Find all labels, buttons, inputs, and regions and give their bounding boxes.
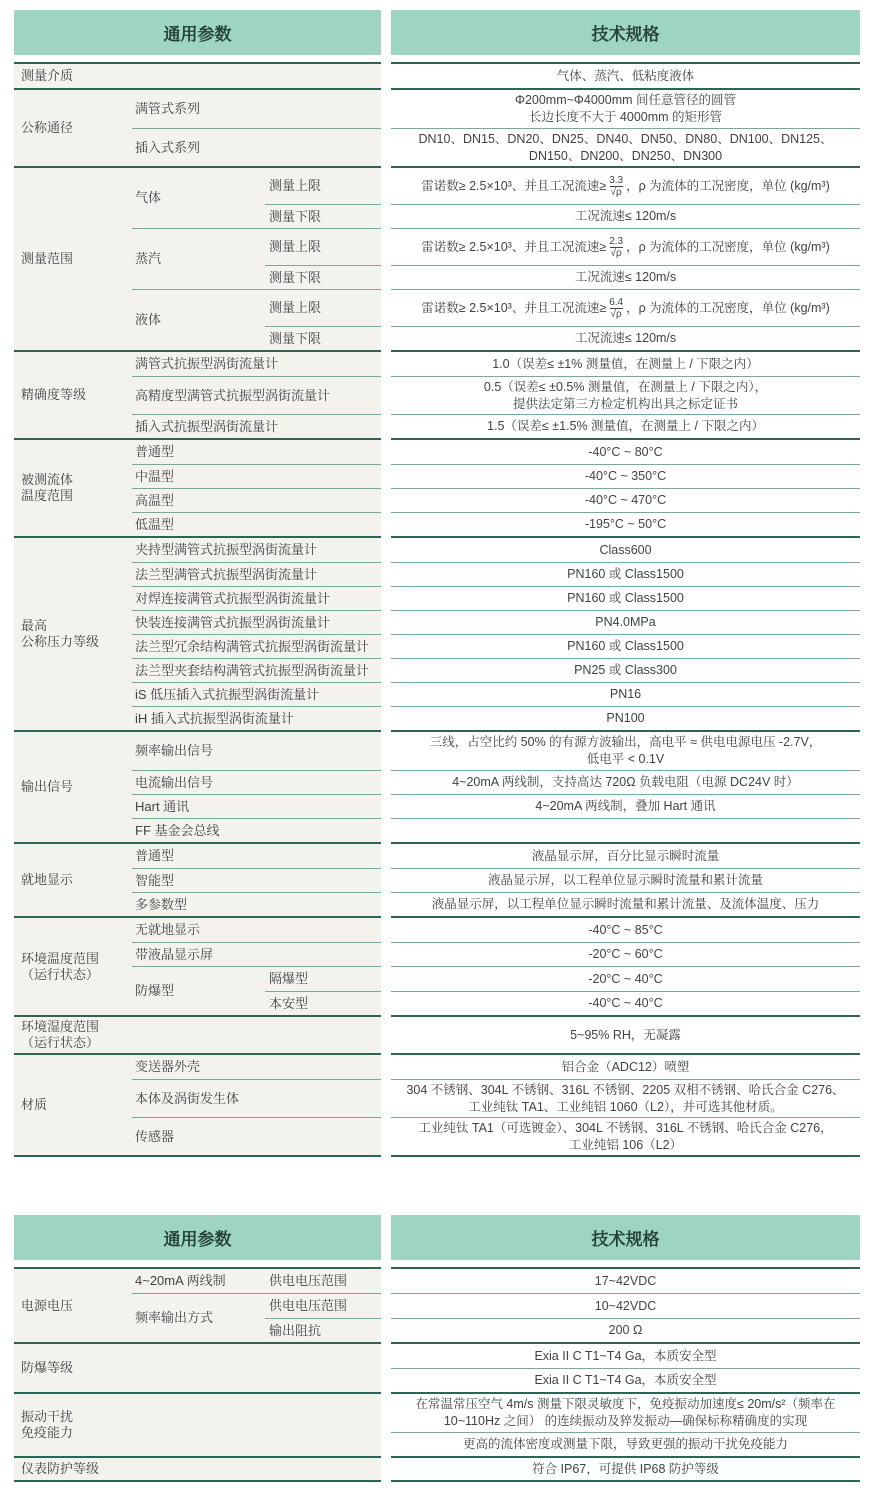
table-row: iS 低压插入式抗振型涡街流量计 PN16: [132, 682, 860, 706]
table-row: 隔爆型 -20°C ~ 40°C: [265, 967, 860, 991]
table-row: 测量下限 工况流速≤ 120m/s: [265, 204, 860, 228]
section-explosion-rating: 防爆等级 Exia II C T1~T4 Ga，本质安全型 Exia II C …: [14, 1342, 860, 1392]
spec-value: 液晶显示屏，以工程单位显示瞬时流量和累计流量、及流体温度、压力: [391, 893, 860, 916]
spec-value: 4~20mA 两线制，叠加 Hart 通讯: [391, 795, 860, 818]
sub-param-label: 满管式抗振型涡街流量计: [132, 352, 381, 376]
section-range: 测量范围 气体 测量上限 雷诺数≥ 2.5×10³、并且工况流速≥3.3√ρ，ρ…: [14, 166, 860, 350]
table-row: 测量下限 工况流速≤ 120m/s: [265, 265, 860, 289]
table-row: 本体及涡街发生体 304 不锈钢、304L 不锈钢、316L 不锈钢、2205 …: [132, 1079, 860, 1117]
table-row: 测量下限 工况流速≤ 120m/s: [265, 326, 860, 350]
section-accuracy: 精确度等级 满管式抗振型涡街流量计 1.0（误差≤ ±1% 测量值，在测量上 /…: [14, 350, 860, 438]
spec-value: -40°C ~ 350°C: [391, 465, 860, 488]
section-output: 输出信号 频率输出信号 三线，占空比约 50% 的有源方波输出，高电平 ≈ 供电…: [14, 730, 860, 842]
sub-param-label: 频率输出信号: [132, 732, 381, 770]
sub-sub-param-label: 测量上限: [265, 290, 381, 326]
param-label: 振动干扰 免疫能力: [14, 1394, 132, 1456]
table-row: 高精度型满管式抗振型涡街流量计 0.5（误差≤ ±0.5% 测量值，在测量上 /…: [132, 376, 860, 414]
sub-param-label: 夹持型满管式抗振型涡街流量计: [132, 538, 381, 562]
table2-header-general-params: 通用参数: [14, 1215, 381, 1260]
sub-param-label: 4~20mA 两线制: [132, 1269, 265, 1293]
table-row: 法兰型冗余结构满管式抗振型涡街流量计 PN160 或 Class1500: [132, 634, 860, 658]
table-row: 更高的流体密度或测量下限，导致更强的振动干扰免疫能力: [381, 1432, 860, 1456]
spec-value: -40°C ~ 40°C: [391, 992, 860, 1015]
table2-body: 电源电压 4~20mA 两线制 供电电压范围 17~42VDC 频率输出方式: [14, 1267, 860, 1482]
table-row: 测量上限 雷诺数≥ 2.5×10³、并且工况流速≥2.3√ρ，ρ 为流体的工况密…: [265, 229, 860, 265]
table-row: 传感器 工业纯钛 TA1（可选镀金）、304L 不锈钢、316L 不锈钢、哈氏合…: [132, 1117, 860, 1155]
spec-value: 10~42VDC: [391, 1294, 860, 1318]
spec-value: 液晶显示屏，以工程单位显示瞬时流量和累计流量: [391, 869, 860, 892]
header-gap: [381, 1215, 391, 1260]
param-label: 测量介质: [14, 64, 381, 88]
section-media: 测量介质 气体、蒸汽、低粘度液体: [14, 64, 860, 88]
table-row: 插入式系列 DN10、DN15、DN20、DN25、DN40、DN50、DN80…: [132, 128, 860, 166]
header-gap: [381, 10, 391, 55]
datasheet-page: 通用参数 技术规格 测量介质 气体、蒸汽、低粘度液体 公称通径 满管式系列 Φ2…: [0, 0, 874, 1482]
spec-value: -40°C ~ 85°C: [391, 918, 860, 942]
fraction: 6.4√ρ: [609, 297, 623, 320]
spec-value: DN10、DN15、DN20、DN25、DN40、DN50、DN80、DN100…: [391, 129, 860, 166]
spec-value: 4~20mA 两线制，支持高达 720Ω 负载电阻（电源 DC24V 时）: [391, 771, 860, 794]
sub-param-label: 快装连接满管式抗振型涡街流量计: [132, 611, 381, 634]
spec-value: 工业纯钛 TA1（可选镀金）、304L 不锈钢、316L 不锈钢、哈氏合金 C2…: [391, 1118, 860, 1155]
table-row: 快装连接满管式抗振型涡街流量计 PN4.0MPa: [132, 610, 860, 634]
spec-table-1: 通用参数 技术规格 测量介质 气体、蒸汽、低粘度液体 公称通径 满管式系列 Φ2…: [14, 10, 860, 1157]
sub-sub-param-label: 输出阻抗: [265, 1319, 381, 1342]
spec-value: 200 Ω: [391, 1319, 860, 1342]
sub-param-label: 法兰型夹套结构满管式抗振型涡街流量计: [132, 659, 381, 682]
table-row: 供电电压范围 17~42VDC: [265, 1269, 860, 1293]
sub-sub-param-label: 测量下限: [265, 205, 381, 228]
table1-body: 测量介质 气体、蒸汽、低粘度液体 公称通径 满管式系列 Φ200mm~Φ4000…: [14, 62, 860, 1157]
section-bore: 公称通径 满管式系列 Φ200mm~Φ4000mm 间任意管径的圆管 长边长度不…: [14, 88, 860, 166]
spec-value: -40°C ~ 470°C: [391, 489, 860, 512]
spec-value: Class600: [391, 538, 860, 562]
table-row: 满管式抗振型涡街流量计 1.0（误差≤ ±1% 测量值，在测量上 / 下限之内）: [132, 352, 860, 376]
sub-param-label: 普通型: [132, 844, 381, 868]
sub-param-label: 中温型: [132, 465, 381, 488]
param-label: 被测流体 温度范围: [14, 440, 132, 536]
table-row: 测量上限 雷诺数≥ 2.5×10³、并且工况流速≥6.4√ρ，ρ 为流体的工况密…: [265, 290, 860, 326]
sub-sub-param-label: 测量上限: [265, 229, 381, 265]
sub-param-label: iS 低压插入式抗振型涡街流量计: [132, 683, 381, 706]
section-pressure: 最高 公称压力等级 夹持型满管式抗振型涡街流量计 Class600 法兰型满管式…: [14, 536, 860, 730]
param-label: 环境湿度范围 （运行状态）: [14, 1017, 381, 1053]
range-group-liquid: 液体 测量上限 雷诺数≥ 2.5×10³、并且工况流速≥6.4√ρ，ρ 为流体的…: [132, 289, 860, 350]
sub-param-label: 多参数型: [132, 893, 381, 916]
param-label: 最高 公称压力等级: [14, 538, 132, 730]
table-row: 法兰型夹套结构满管式抗振型涡街流量计 PN25 或 Class300: [132, 658, 860, 682]
sub-param-label: 插入式系列: [132, 129, 381, 166]
sub-param-label: 对焊连接满管式抗振型涡街流量计: [132, 587, 381, 610]
spec-value: -20°C ~ 60°C: [391, 943, 860, 966]
spec-value: 工况流速≤ 120m/s: [391, 327, 860, 350]
table-row: 输出阻抗 200 Ω: [265, 1318, 860, 1342]
sub-param-label: 插入式抗振型涡街流量计: [132, 415, 381, 438]
param-label: 精确度等级: [14, 352, 132, 438]
section-power: 电源电压 4~20mA 两线制 供电电压范围 17~42VDC 频率输出方式: [14, 1269, 860, 1342]
table-row: 普通型 -40°C ~ 80°C: [132, 440, 860, 464]
sub-param-label: iH 插入式抗振型涡街流量计: [132, 707, 381, 730]
table2-header-row: 通用参数 技术规格: [14, 1215, 860, 1260]
param-label: 输出信号: [14, 732, 132, 842]
sub-param-label: 无就地显示: [132, 918, 381, 942]
param-label: 材质: [14, 1055, 132, 1155]
sub-param-label: 智能型: [132, 869, 381, 892]
spec-value: PN160 或 Class1500: [391, 563, 860, 586]
table-row: Exia II C T1~T4 Ga，本质安全型: [381, 1344, 860, 1368]
spec-value: 工况流速≤ 120m/s: [391, 205, 860, 228]
table-row: iH 插入式抗振型涡街流量计 PN100: [132, 706, 860, 730]
section-display: 就地显示 普通型 液晶显示屏，百分比显示瞬时流量 智能型 液晶显示屏，以工程单位…: [14, 842, 860, 916]
spec-value: PN160 或 Class1500: [391, 587, 860, 610]
spec-value: 1.0（误差≤ ±1% 测量值，在测量上 / 下限之内）: [391, 352, 860, 376]
spec-value: 气体、蒸汽、低粘度液体: [391, 64, 860, 88]
table-row: 带液晶显示屏 -20°C ~ 60°C: [132, 942, 860, 966]
range-group-steam: 蒸汽 测量上限 雷诺数≥ 2.5×10³、并且工况流速≥2.3√ρ，ρ 为流体的…: [132, 228, 860, 289]
sub-param-label: 蒸汽: [132, 229, 265, 289]
param-label: 电源电压: [14, 1269, 132, 1342]
fraction: 2.3√ρ: [609, 236, 623, 259]
table-row: 频率输出信号 三线，占空比约 50% 的有源方波输出，高电平 ≈ 供电电源电压 …: [132, 732, 860, 770]
spec-value: 三线，占空比约 50% 的有源方波输出，高电平 ≈ 供电电源电压 -2.7V， …: [391, 732, 860, 770]
section-material: 材质 变送器外壳 铝合金（ADC12）喷塑 本体及涡街发生体 304 不锈钢、3…: [14, 1053, 860, 1155]
table-row: 对焊连接满管式抗振型涡街流量计 PN160 或 Class1500: [132, 586, 860, 610]
sub-sub-param-label: 隔爆型: [265, 967, 381, 991]
sub-param-label: 法兰型冗余结构满管式抗振型涡街流量计: [132, 635, 381, 658]
table-row: 多参数型 液晶显示屏，以工程单位显示瞬时流量和累计流量、及流体温度、压力: [132, 892, 860, 916]
table1-header-tech-spec: 技术规格: [391, 10, 860, 55]
spec-value: 0.5（误差≤ ±0.5% 测量值，在测量上 / 下限之内）， 提供法定第三方检…: [391, 377, 860, 414]
sub-sub-param-label: 本安型: [265, 992, 381, 1015]
section-env-temp: 环境温度范围 （运行状态） 无就地显示 -40°C ~ 85°C 带液晶显示屏 …: [14, 916, 860, 1015]
table-row: 变送器外壳 铝合金（ADC12）喷塑: [132, 1055, 860, 1079]
power-group-current: 4~20mA 两线制 供电电压范围 17~42VDC: [132, 1269, 860, 1293]
table-row: 中温型 -40°C ~ 350°C: [132, 464, 860, 488]
sub-param-label: 带液晶显示屏: [132, 943, 381, 966]
table-row: 法兰型满管式抗振型涡街流量计 PN160 或 Class1500: [132, 562, 860, 586]
param-label: 环境温度范围 （运行状态）: [14, 918, 132, 1015]
table-row: Exia II C T1~T4 Ga，本质安全型: [381, 1368, 860, 1392]
sub-sub-param-label: 供电电压范围: [265, 1294, 381, 1318]
empty-label-cell: [132, 1394, 381, 1456]
param-label: 防爆等级: [14, 1344, 132, 1392]
spec-value: PN4.0MPa: [391, 611, 860, 634]
sub-param-label: 满管式系列: [132, 90, 381, 128]
table-row: 高温型 -40°C ~ 470°C: [132, 488, 860, 512]
table-row: 满管式系列 Φ200mm~Φ4000mm 间任意管径的圆管 长边长度不大于 40…: [132, 90, 860, 128]
table-row: 无就地显示 -40°C ~ 85°C: [132, 918, 860, 942]
spec-value: Φ200mm~Φ4000mm 间任意管径的圆管 长边长度不大于 4000mm 的…: [391, 90, 860, 128]
param-label: 公称通径: [14, 90, 132, 166]
spec-table-2: 通用参数 技术规格 电源电压 4~20mA 两线制 供电电压范围 17~42VD…: [14, 1215, 860, 1482]
sub-param-label: 防爆型: [132, 967, 265, 1015]
sub-param-label: 本体及涡街发生体: [132, 1080, 381, 1117]
spec-value: 液晶显示屏，百分比显示瞬时流量: [391, 844, 860, 868]
sub-sub-param-label: 测量下限: [265, 327, 381, 350]
spec-value: PN25 或 Class300: [391, 659, 860, 682]
table-row: 智能型 液晶显示屏，以工程单位显示瞬时流量和累计流量: [132, 868, 860, 892]
sub-param-label: Hart 通讯: [132, 795, 381, 818]
param-label: 就地显示: [14, 844, 132, 916]
spec-value: -40°C ~ 80°C: [391, 440, 860, 464]
table-row: 低温型 -195°C ~ 50°C: [132, 512, 860, 536]
sub-param-label: 电流输出信号: [132, 771, 381, 794]
table1-header-general-params: 通用参数: [14, 10, 381, 55]
spec-value: 铝合金（ADC12）喷塑: [391, 1055, 860, 1079]
fraction: 3.3√ρ: [609, 175, 623, 198]
sub-param-label: 法兰型满管式抗振型涡街流量计: [132, 563, 381, 586]
explosion-proof-group: 防爆型 隔爆型 -20°C ~ 40°C 本安型 -40°C ~ 40°C: [132, 966, 860, 1015]
sub-sub-param-label: 测量下限: [265, 266, 381, 289]
sub-param-label: FF 基金会总线: [132, 819, 381, 842]
spec-value: -20°C ~ 40°C: [391, 967, 860, 991]
table-row: FF 基金会总线: [132, 818, 860, 842]
sub-param-label: 频率输出方式: [132, 1294, 265, 1342]
spec-value: 符合 IP67，可提供 IP68 防护等级: [391, 1458, 860, 1480]
spec-value: 17~42VDC: [391, 1269, 860, 1293]
sub-param-label: 液体: [132, 290, 265, 350]
spec-value: Exia II C T1~T4 Ga，本质安全型: [391, 1369, 860, 1392]
spec-value: 304 不锈钢、304L 不锈钢、316L 不锈钢、2205 双相不锈钢、哈氏合…: [391, 1080, 860, 1117]
spec-value: PN16: [391, 683, 860, 706]
table1-header-row: 通用参数 技术规格: [14, 10, 860, 55]
spec-value: PN100: [391, 707, 860, 730]
spec-value: 5~95% RH，无凝露: [391, 1017, 860, 1053]
sub-sub-param-label: 测量上限: [265, 168, 381, 204]
table-row: 普通型 液晶显示屏，百分比显示瞬时流量: [132, 844, 860, 868]
table-row: 夹持型满管式抗振型涡街流量计 Class600: [132, 538, 860, 562]
empty-label-cell: [132, 1344, 381, 1392]
sub-param-label: 变送器外壳: [132, 1055, 381, 1079]
table-row: 在常温常压空气 4m/s 测量下限灵敏度下，免疫振动加速度≤ 20m/s²（频率…: [381, 1394, 860, 1432]
range-group-gas: 气体 测量上限 雷诺数≥ 2.5×10³、并且工况流速≥3.3√ρ，ρ 为流体的…: [132, 168, 860, 228]
spec-value: PN160 或 Class1500: [391, 635, 860, 658]
power-group-frequency: 频率输出方式 供电电压范围 10~42VDC 输出阻抗 200 Ω: [132, 1293, 860, 1342]
spec-value: Exia II C T1~T4 Ga，本质安全型: [391, 1344, 860, 1368]
sub-param-label: 气体: [132, 168, 265, 228]
section-ip-rating: 仪表防护等级 符合 IP67，可提供 IP68 防护等级: [14, 1456, 860, 1480]
spec-value: 在常温常压空气 4m/s 测量下限灵敏度下，免疫振动加速度≤ 20m/s²（频率…: [391, 1394, 860, 1432]
section-env-humidity: 环境湿度范围 （运行状态） 5~95% RH，无凝露: [14, 1015, 860, 1053]
sub-param-label: 低温型: [132, 513, 381, 536]
spec-value: 雷诺数≥ 2.5×10³、并且工况流速≥3.3√ρ，ρ 为流体的工况密度，单位 …: [391, 168, 860, 204]
sub-param-label: 高温型: [132, 489, 381, 512]
spec-value: -195°C ~ 50°C: [391, 513, 860, 536]
sub-param-label: 传感器: [132, 1118, 381, 1155]
table-row: 插入式抗振型涡街流量计 1.5（误差≤ ±1.5% 测量值，在测量上 / 下限之…: [132, 414, 860, 438]
sub-sub-param-label: 供电电压范围: [265, 1269, 381, 1293]
table-row: 本安型 -40°C ~ 40°C: [265, 991, 860, 1015]
section-fluid-temp: 被测流体 温度范围 普通型 -40°C ~ 80°C 中温型 -40°C ~ 3…: [14, 438, 860, 536]
spec-value: 工况流速≤ 120m/s: [391, 266, 860, 289]
table-row: 供电电压范围 10~42VDC: [265, 1294, 860, 1318]
section-vibration-immunity: 振动干扰 免疫能力 在常温常压空气 4m/s 测量下限灵敏度下，免疫振动加速度≤…: [14, 1392, 860, 1456]
param-label: 测量范围: [14, 168, 132, 350]
sub-param-label: 高精度型满管式抗振型涡街流量计: [132, 377, 381, 414]
table-row: 电流输出信号 4~20mA 两线制，支持高达 720Ω 负载电阻（电源 DC24…: [132, 770, 860, 794]
spec-value: [391, 819, 860, 842]
spec-value: 更高的流体密度或测量下限，导致更强的振动干扰免疫能力: [391, 1433, 860, 1456]
spec-value: 1.5（误差≤ ±1.5% 测量值，在测量上 / 下限之内）: [391, 415, 860, 438]
table-row: Hart 通讯 4~20mA 两线制，叠加 Hart 通讯: [132, 794, 860, 818]
table-row: 测量上限 雷诺数≥ 2.5×10³、并且工况流速≥3.3√ρ，ρ 为流体的工况密…: [265, 168, 860, 204]
sub-param-label: 普通型: [132, 440, 381, 464]
spec-value: 雷诺数≥ 2.5×10³、并且工况流速≥6.4√ρ，ρ 为流体的工况密度，单位 …: [391, 290, 860, 326]
param-label: 仪表防护等级: [14, 1458, 381, 1480]
spec-value: 雷诺数≥ 2.5×10³、并且工况流速≥2.3√ρ，ρ 为流体的工况密度，单位 …: [391, 229, 860, 265]
table2-header-tech-spec: 技术规格: [391, 1215, 860, 1260]
